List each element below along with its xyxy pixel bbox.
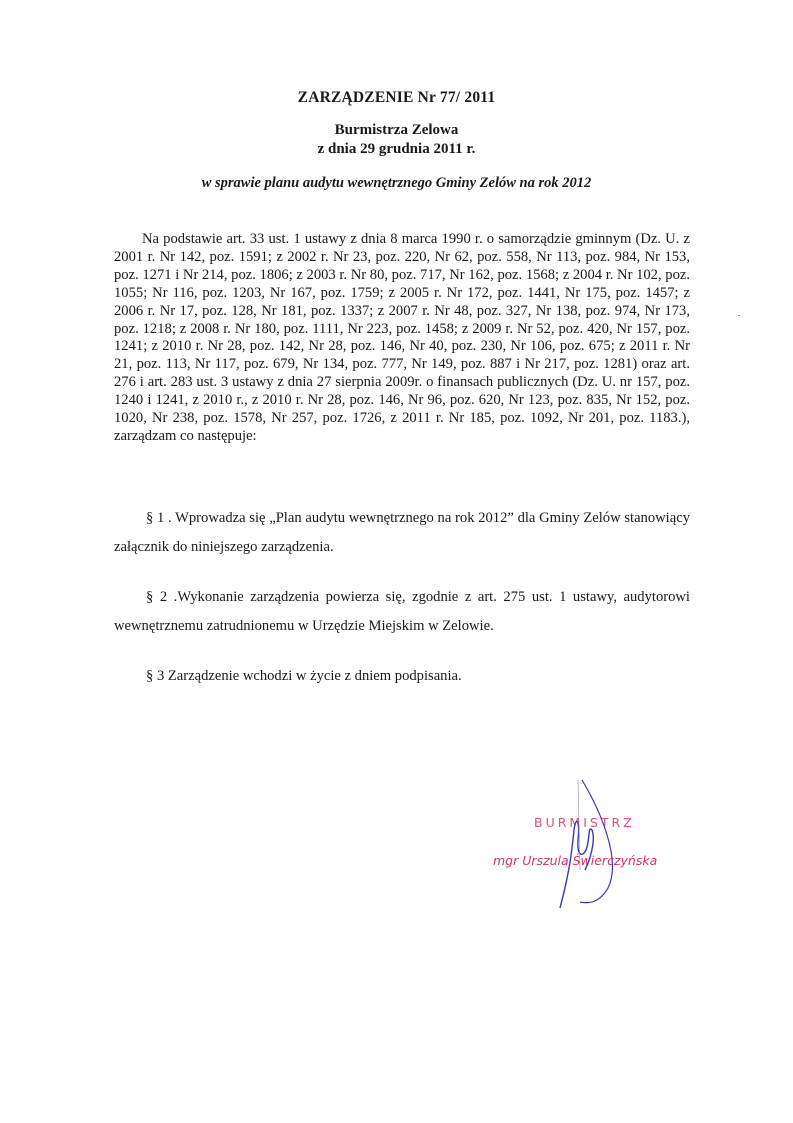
section-2-text: § 2 .Wykonanie zarządzenia powierza się,… — [114, 589, 690, 634]
section-3-text: § 3 Zarządzenie wchodzi w życie z dniem … — [146, 668, 462, 684]
issue-date: z dnia 29 grudnia 2011 r. — [0, 140, 793, 159]
signature-icon — [530, 770, 670, 910]
section-2: § 2 .Wykonanie zarządzenia powierza się,… — [114, 583, 690, 641]
section-1: § 1 . Wprowadza się „Plan audytu wewnętr… — [114, 504, 690, 562]
document-title: ZARZĄDZENIE Nr 77/ 2011 — [0, 89, 793, 107]
legal-basis-paragraph: Na podstawie art. 33 ust. 1 ustawy z dni… — [114, 231, 690, 446]
section-1-text: § 1 . Wprowadza się „Plan audytu wewnętr… — [114, 510, 690, 555]
document-page: ZARZĄDZENIE Nr 77/ 2011 Burmistrza Zelow… — [0, 0, 793, 1123]
scan-artifact — [738, 315, 740, 316]
legal-basis-text: Na podstawie art. 33 ust. 1 ustawy z dni… — [114, 231, 690, 444]
section-3: § 3 Zarządzenie wchodzi w życie z dniem … — [114, 662, 690, 691]
issuer-name: Burmistrza Zelowa — [0, 121, 793, 140]
document-subject: w sprawie planu audytu wewnętrznego Gmin… — [0, 175, 793, 192]
issuer-block: Burmistrza Zelowa z dnia 29 grudnia 2011… — [0, 121, 793, 159]
